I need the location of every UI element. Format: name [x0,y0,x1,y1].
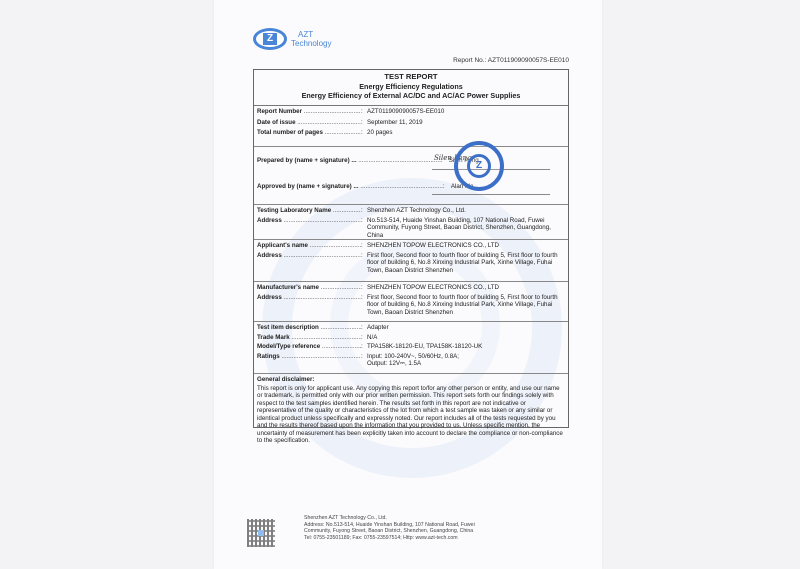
page-footer: Shenzhen AZT Technology Co., Ltd. Addres… [247,515,475,547]
disclaimer-title: General disclaimer: [257,376,565,384]
applicant-section: Applicant's name:SHENZHEN TOPOW ELECTRON… [254,240,568,282]
applicant-name-row: Applicant's name:SHENZHEN TOPOW ELECTRON… [257,242,565,250]
signature-section: Prepared by (name + signature) ...:Silen… [254,147,568,205]
info-row: Report Number:AZT011909090057S-EE010 [257,108,565,116]
manufacturer-name-row: Manufacturer's name:SHENZHEN TOPOW ELECT… [257,284,565,292]
manufacturer-address-row: Address:First floor, Second floor to fou… [257,294,565,317]
info-row: Total number of pages:20 pages [257,129,565,137]
lab-address-row: Address:No.513-514, Huaide Yinshan Build… [257,217,565,240]
report-info-section: Report Number:AZT011909090057S-EE010 Dat… [254,106,568,147]
company-logo: Z AZT Technology [253,28,331,50]
report-table: TEST REPORT Energy Efficiency Regulation… [253,69,569,428]
report-title: TEST REPORT [254,72,568,82]
manufacturer-section: Manufacturer's name:SHENZHEN TOPOW ELECT… [254,282,568,322]
qr-code-icon [247,519,275,547]
stamp-logo-icon: Z [467,154,491,178]
approved-by-row: Approved by (name + signature) ...:Alan … [257,183,565,191]
logo-text: AZT Technology [291,30,331,48]
footer-text: Shenzhen AZT Technology Co., Ltd. Addres… [304,515,475,541]
model-row: Model/Type reference:TPA158K-18120-EU, T… [257,343,565,351]
test-item-section: Test item description:Adapter Trade Mark… [254,322,568,374]
disclaimer-text: This report is only for applicant use. A… [257,385,565,445]
ratings-row: Ratings:Input: 100-240V~, 50/60Hz, 0.8A;… [257,353,565,368]
applicant-address-row: Address:First floor, Second floor to fou… [257,252,565,275]
report-subtitle: Energy Efficiency Regulations [254,82,568,92]
lab-name-row: Testing Laboratory Name:Shenzhen AZT Tec… [257,207,565,215]
report-header: TEST REPORT Energy Efficiency Regulation… [254,70,568,106]
disclaimer-section: General disclaimer: This report is only … [254,374,568,447]
azt-logo-icon: Z [253,28,287,50]
report-number-top: Report No.: AZT011909090057S-EE010 [453,57,569,64]
prepared-by-row: Prepared by (name + signature) ...:Silen… [257,157,565,165]
trade-mark-row: Trade Mark:N/A [257,334,565,342]
approved-signature-line [432,194,550,195]
info-row: Date of issue:September 11, 2019 [257,119,565,127]
company-stamp: Z [454,141,504,191]
report-subtitle-2: Energy Efficiency of External AC/DC and … [254,91,568,101]
lab-section: Testing Laboratory Name:Shenzhen AZT Tec… [254,205,568,240]
item-description-row: Test item description:Adapter [257,324,565,332]
